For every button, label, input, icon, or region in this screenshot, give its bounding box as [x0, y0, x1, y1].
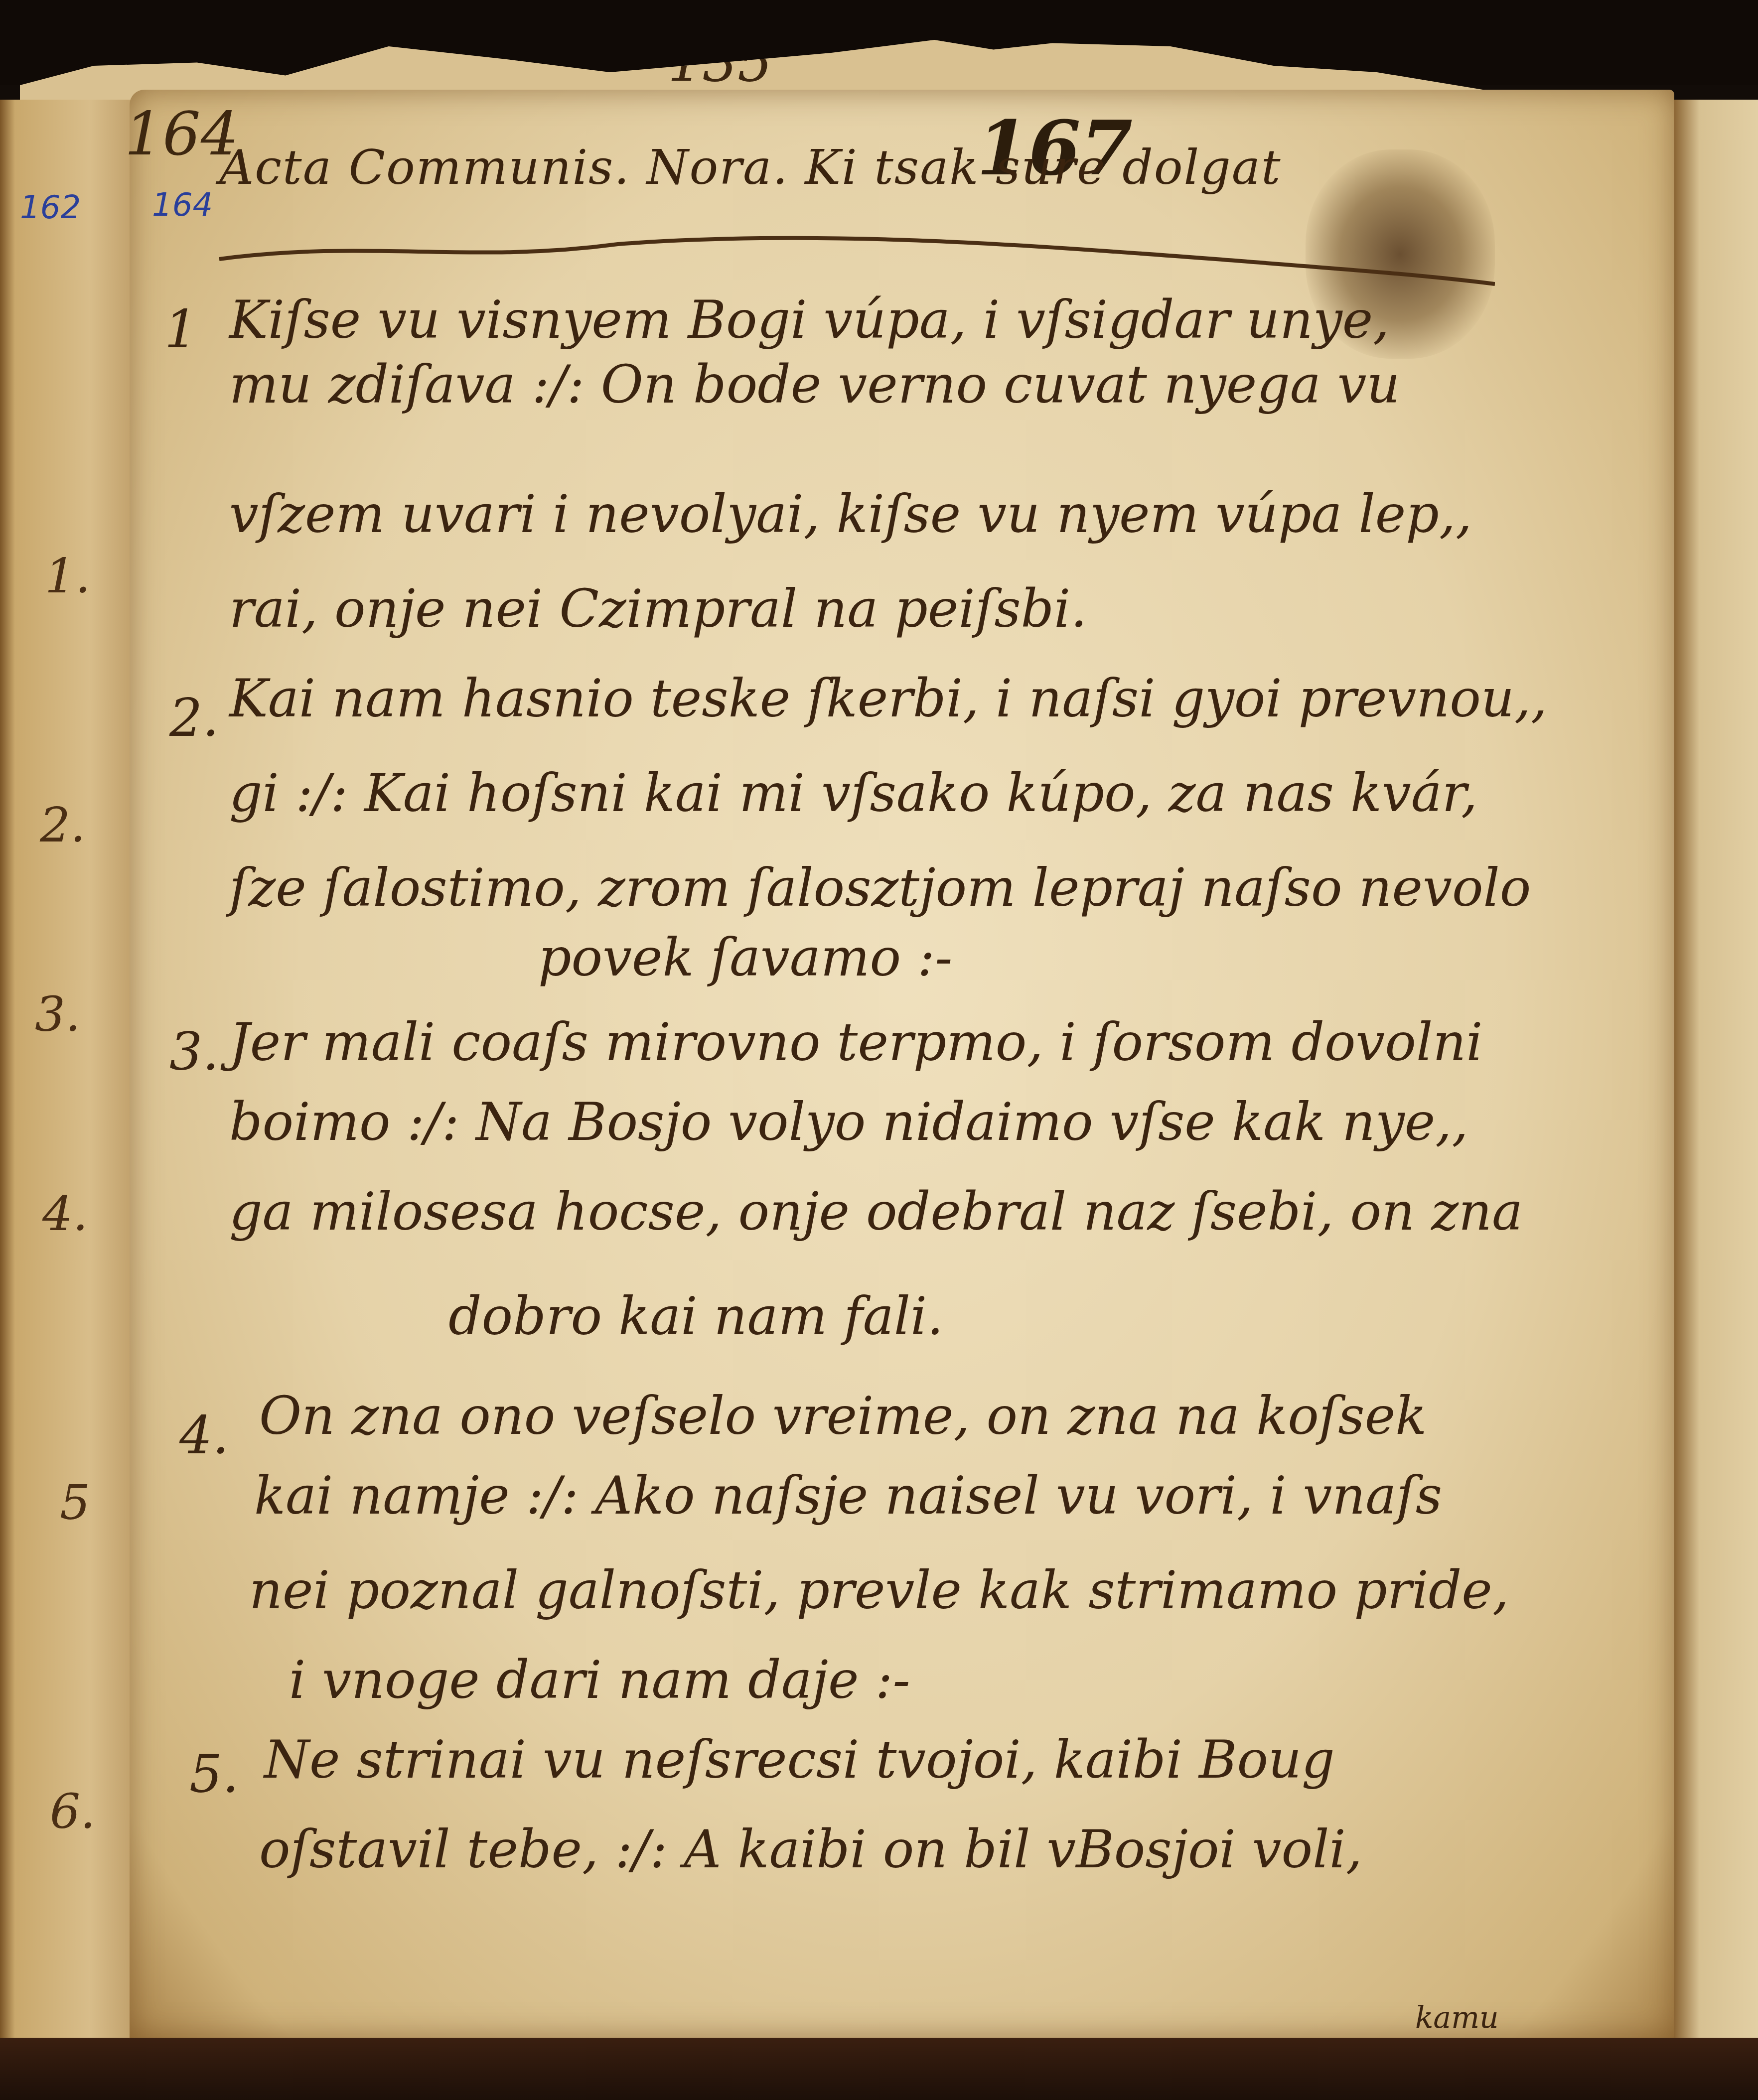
- margin-number-4: 4.: [42, 1186, 88, 1242]
- verse-1-line-4: rai, onje nei Czimpral na peiſsbi.: [229, 583, 1087, 635]
- verse-1-line-1: Kiſse vu visnyem Bogi vúpa, i vſsigdar u…: [229, 294, 1389, 346]
- blue-page-number-left: 162: [20, 189, 81, 226]
- verse-3-line-4: dobro kai nam fali.: [448, 1290, 943, 1342]
- verse-4-line-3: nei poznal galnoſsti, prevle kak strimam…: [249, 1564, 1509, 1616]
- verse-1-line-3: vſzem uvari i nevolyai, kiſse vu nyem vú…: [229, 488, 1472, 540]
- verse-number-5: 5.: [189, 1744, 239, 1805]
- verse-1-line-2: mu zdiſava :/: On bode verno cuvat nyega…: [229, 359, 1400, 411]
- margin-number-5: 5: [60, 1475, 90, 1531]
- margin-number-3: 3.: [35, 986, 81, 1042]
- verse-4-line-2: kai namje :/: Ako naſsje naisel vu vori,…: [254, 1470, 1442, 1522]
- catchword: kamu: [1415, 2003, 1499, 2033]
- verse-3-line-2: boimo :/: Na Bosjo volyo nidaimo vſse ka…: [229, 1096, 1468, 1148]
- verse-2-line-4: povek ſavamo :-: [538, 932, 952, 983]
- verse-3-line-1: Jer mali coaſs mirovno terpmo, i ſorsom …: [229, 1016, 1482, 1068]
- verse-number-2: 2.: [169, 688, 219, 748]
- facing-page-edge: [1674, 100, 1758, 2038]
- book-binding-bottom: [0, 2038, 1758, 2100]
- verse-5-line-1: Ne strinai vu neſsrecsi tvojoi, kaibi Bo…: [264, 1734, 1335, 1786]
- verse-5-line-2: oſstavil tebe, :/: A kaibi on bil vBosjo…: [259, 1823, 1362, 1875]
- title-underline-flourish: [219, 229, 1495, 289]
- underlying-page: 162 1. 2. 3. 4. 5 6.: [0, 100, 151, 2038]
- verse-2-line-2: gi :/: Kai hoſsni kai mi vſsako kúpo, za…: [229, 767, 1477, 819]
- verse-4-line-4: i vnoge dari nam daje :-: [289, 1654, 910, 1706]
- margin-number-2: 2.: [40, 797, 86, 853]
- blue-page-number-right: 164: [152, 187, 213, 224]
- verse-2-line-1: Kai nam hasnio teske ſkerbi, i naſsi gyo…: [229, 673, 1547, 724]
- verse-4-line-1: On zna ono veſselo vreime, on zna na koſ…: [259, 1390, 1427, 1442]
- verse-number-1: 1: [164, 299, 197, 360]
- verse-2-line-3: ſze ſalostimo, zrom ſalosztjom lepraj na…: [229, 862, 1531, 914]
- margin-number-1: 1.: [45, 548, 91, 604]
- margin-number-6: 6.: [50, 1784, 96, 1839]
- hymn-title: Acta Communis. Nora. Ki tsak sure dolgat: [219, 140, 1282, 195]
- verse-number-4: 4.: [179, 1405, 229, 1466]
- verse-number-3: 3.: [169, 1021, 219, 1082]
- verse-3-line-3: ga milosesa hocse, onje odebral naz ſseb…: [229, 1186, 1523, 1238]
